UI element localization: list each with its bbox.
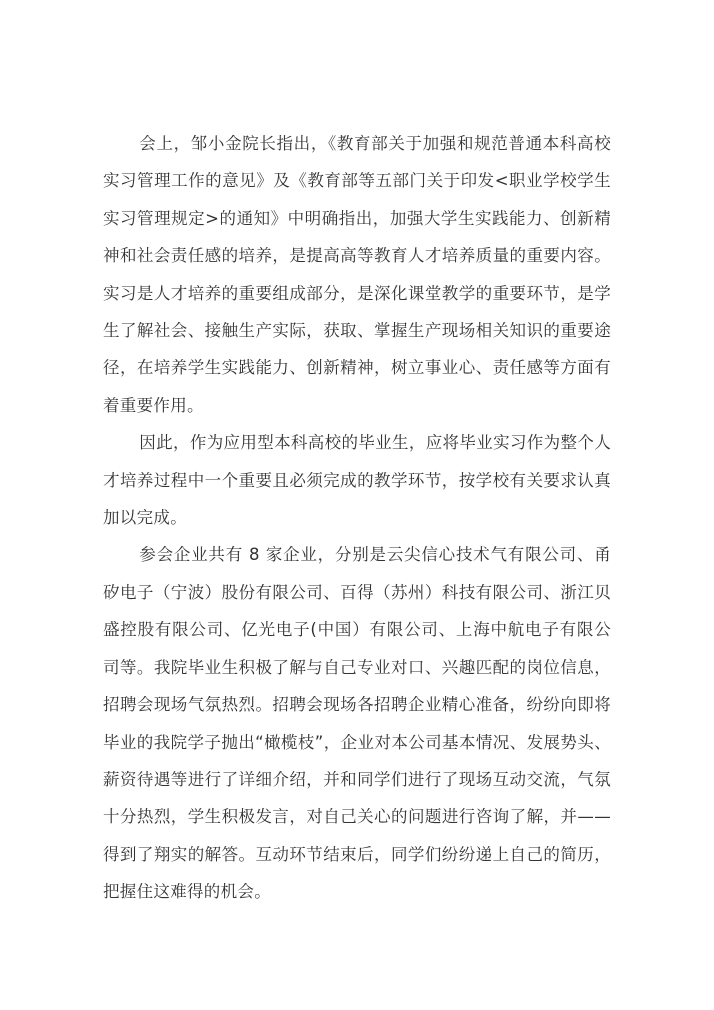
paragraph-2: 因此，作为应用型本科高校的毕业生，应将毕业实习作为整个人才培养过程中一个重要且必… (103, 424, 611, 536)
document-body: 会上，邹小金院长指出，《教育部关于加强和规范普通本科高校实习管理工作的意见》及《… (103, 125, 611, 911)
paragraph-1: 会上，邹小金院长指出，《教育部关于加强和规范普通本科高校实习管理工作的意见》及《… (103, 125, 611, 424)
document-page: 会上，邹小金院长指出，《教育部关于加强和规范普通本科高校实习管理工作的意见》及《… (0, 0, 714, 1010)
paragraph-3: 参会企业共有 8 家企业，分别是云尖信心技术气有限公司、甬矽电子（宁波）股份有限… (103, 536, 611, 910)
